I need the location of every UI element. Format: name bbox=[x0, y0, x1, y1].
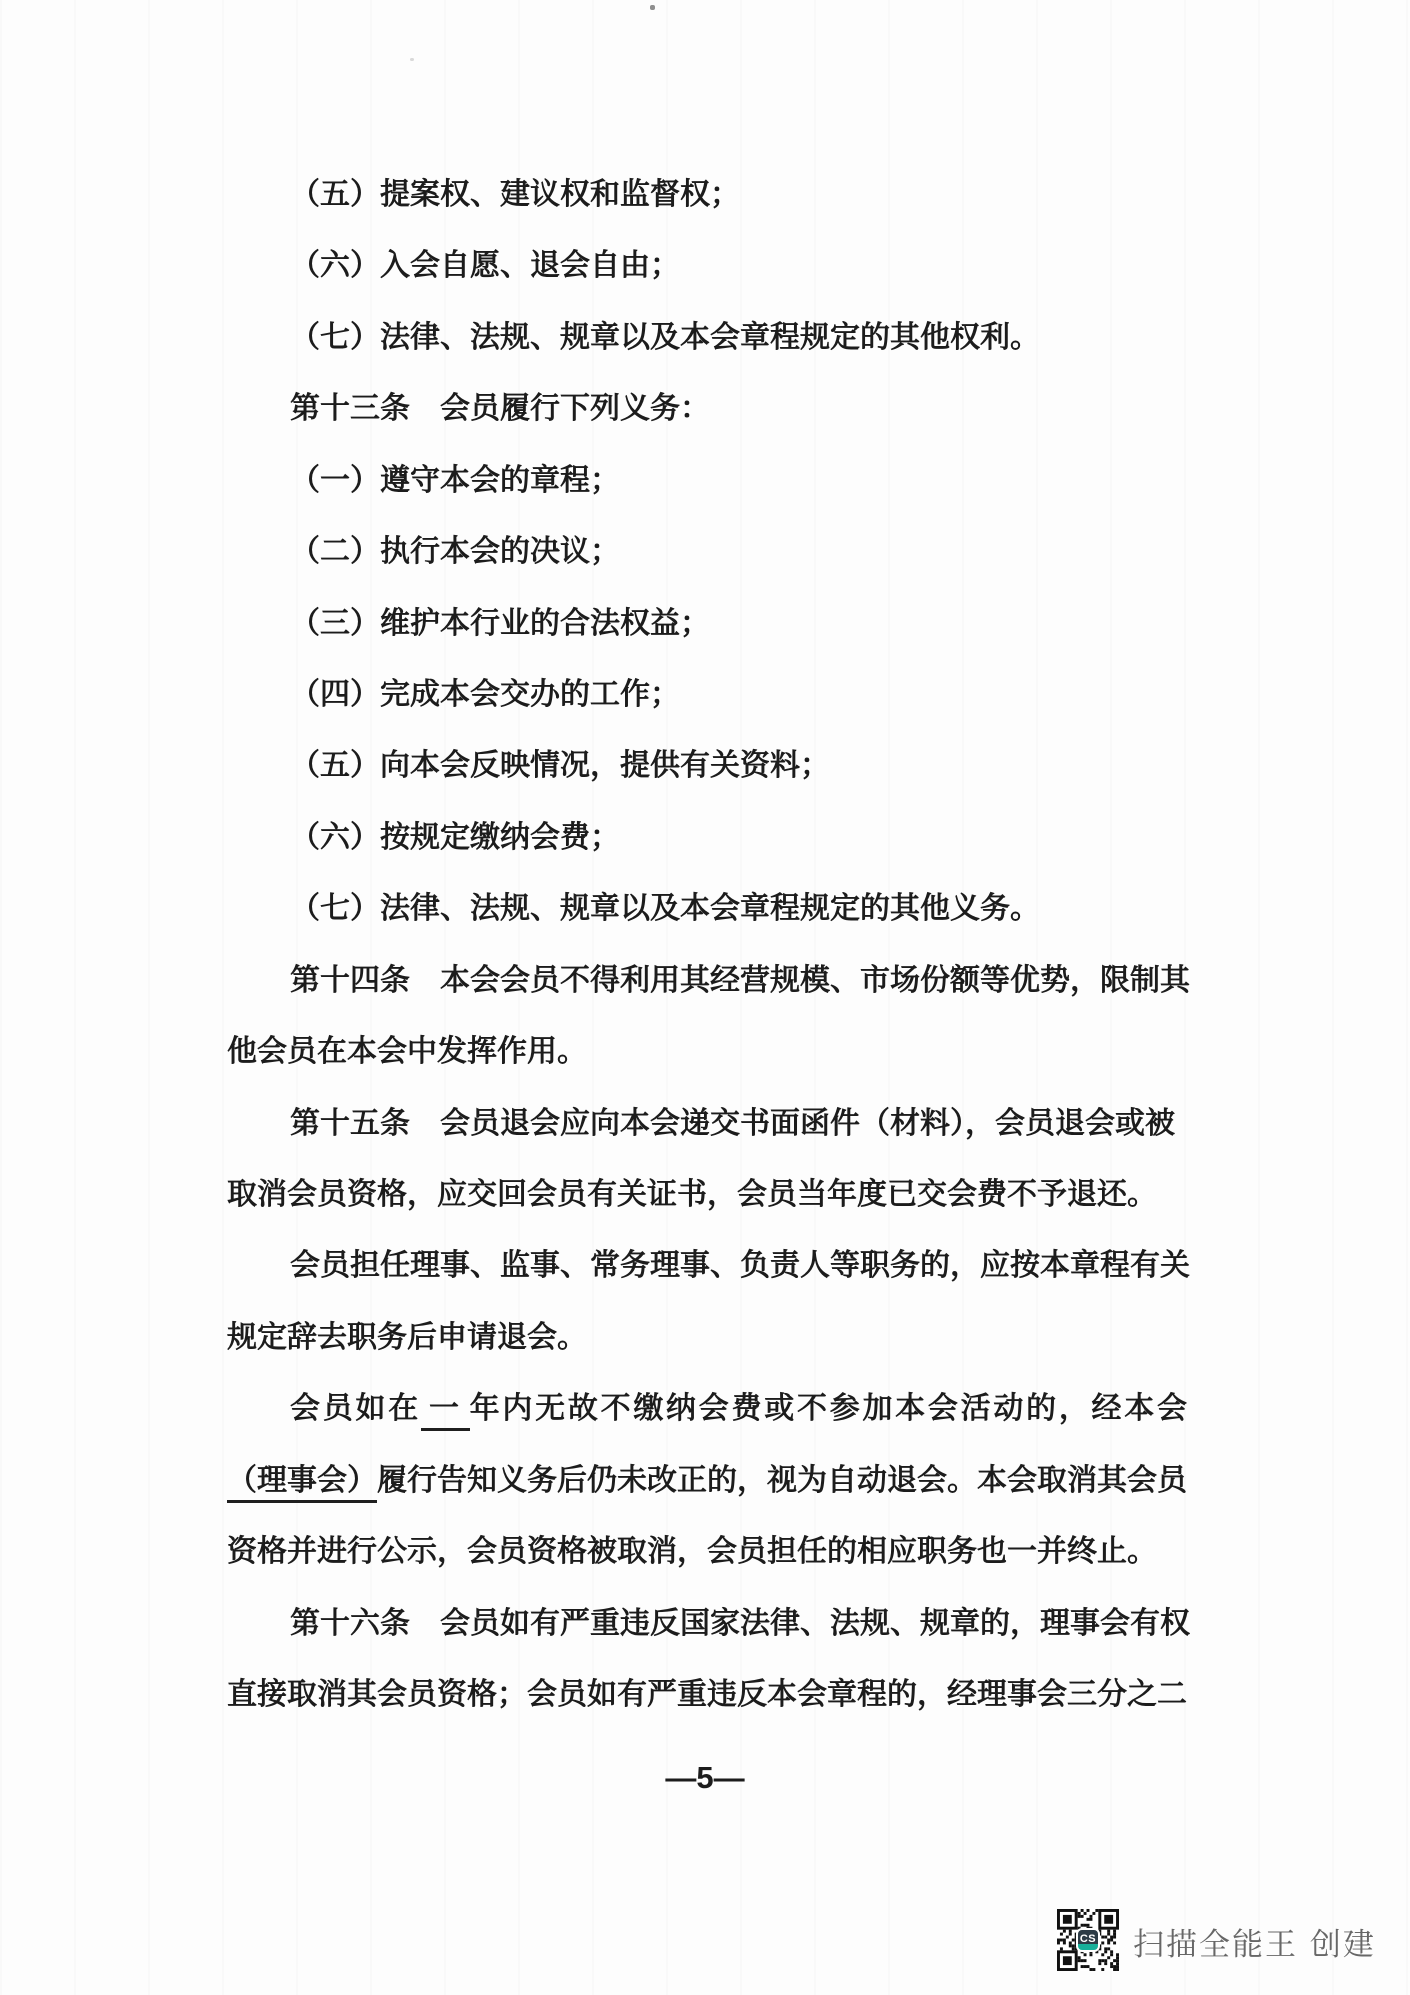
text-line: （三）维护本行业的合法权益； bbox=[290, 588, 710, 660]
text-line: 直接取消其会员资格；会员如有严重违反本会章程的，经理事会三分之二 bbox=[227, 1659, 1187, 1731]
text-line: 第十六条 会员如有严重违反国家法律、法规、规章的，理事会有权 bbox=[290, 1588, 1190, 1660]
text-segment: （七）法律、法规、规章以及本会章程规定的其他权利。 bbox=[290, 321, 1040, 354]
text-line: （七）法律、法规、规章以及本会章程规定的其他权利。 bbox=[290, 302, 1040, 374]
text-line: 规定辞去职务后申请退会。 bbox=[227, 1302, 587, 1374]
text-segment: （三）维护本行业的合法权益； bbox=[290, 607, 710, 640]
text-segment: 履行告知义务后仍未改正的，视为自动退会。本会取消其会员 bbox=[377, 1464, 1187, 1497]
qr-cs-badge: CS bbox=[1076, 1928, 1100, 1952]
underlined-blank: 一 bbox=[421, 1392, 470, 1431]
text-line: （二）执行本会的决议； bbox=[290, 516, 620, 588]
text-line: （理事会）履行告知义务后仍未改正的，视为自动退会。本会取消其会员 bbox=[227, 1445, 1187, 1517]
text-line: 第十三条 会员履行下列义务： bbox=[290, 373, 710, 445]
qr-cs-badge-label: CS bbox=[1080, 1933, 1096, 1945]
page-number: —5— bbox=[0, 1742, 1410, 1814]
text-line: （五）提案权、建议权和监督权； bbox=[290, 159, 740, 231]
text-line: （六）按规定缴纳会费； bbox=[290, 802, 620, 874]
text-segment: 取消会员资格，应交回会员有关证书，会员当年度已交会费不予退还。 bbox=[227, 1178, 1157, 1211]
text-line: （五）向本会反映情况，提供有关资料； bbox=[290, 730, 830, 802]
text-line: 第十五条 会员退会应向本会递交书面函件（材料），会员退会或被 bbox=[290, 1088, 1175, 1160]
camscanner-qr-code: CS bbox=[1057, 1909, 1119, 1971]
scan-speck bbox=[650, 5, 655, 10]
text-segment: （一）遵守本会的章程； bbox=[290, 464, 620, 497]
text-line: 会员担任理事、监事、常务理事、负责人等职务的，应按本章程有关 bbox=[290, 1230, 1190, 1302]
text-segment: 会员担任理事、监事、常务理事、负责人等职务的，应按本章程有关 bbox=[290, 1249, 1190, 1282]
text-line: 资格并进行公示，会员资格被取消，会员担任的相应职务也一并终止。 bbox=[227, 1516, 1157, 1588]
text-line: （一）遵守本会的章程； bbox=[290, 445, 620, 517]
text-segment: 他会员在本会中发挥作用。 bbox=[227, 1035, 587, 1068]
text-line: 会员如在一年内无故不缴纳会费或不参加本会活动的，经本会 bbox=[290, 1373, 1187, 1445]
camscanner-watermark: CS 扫描全能王 创建 bbox=[1055, 1905, 1385, 1975]
text-segment: （六）入会自愿、退会自由； bbox=[290, 249, 680, 282]
text-line: 第十四条 本会会员不得利用其经营规模、市场份额等优势，限制其 bbox=[290, 945, 1190, 1017]
text-segment: （四）完成本会交办的工作； bbox=[290, 678, 680, 711]
text-segment: 资格并进行公示，会员资格被取消，会员担任的相应职务也一并终止。 bbox=[227, 1535, 1157, 1568]
text-segment: 第十四条 本会会员不得利用其经营规模、市场份额等优势，限制其 bbox=[290, 964, 1190, 997]
text-block: （五）提案权、建议权和监督权；（六）入会自愿、退会自由；（七）法律、法规、规章以… bbox=[0, 0, 1410, 1995]
text-segment: （五）提案权、建议权和监督权； bbox=[290, 178, 740, 211]
text-segment: （五）向本会反映情况，提供有关资料； bbox=[290, 749, 830, 782]
text-segment: 第十六条 会员如有严重违反国家法律、法规、规章的，理事会有权 bbox=[290, 1607, 1190, 1640]
text-line: （四）完成本会交办的工作； bbox=[290, 659, 680, 731]
camscanner-watermark-label: 扫描全能王 创建 bbox=[1133, 1919, 1376, 1964]
text-segment: （六）按规定缴纳会费； bbox=[290, 821, 620, 854]
text-line: 取消会员资格，应交回会员有关证书，会员当年度已交会费不予退还。 bbox=[227, 1159, 1157, 1231]
text-segment: 会员如在 bbox=[290, 1392, 421, 1425]
text-segment: 第十三条 会员履行下列义务： bbox=[290, 392, 710, 425]
underlined-blank: （理事会） bbox=[227, 1464, 377, 1503]
text-segment: 直接取消其会员资格；会员如有严重违反本会章程的，经理事会三分之二 bbox=[227, 1678, 1187, 1711]
text-line: 他会员在本会中发挥作用。 bbox=[227, 1016, 587, 1088]
text-line: （七）法律、法规、规章以及本会章程规定的其他义务。 bbox=[290, 873, 1040, 945]
text-segment: 规定辞去职务后申请退会。 bbox=[227, 1321, 587, 1354]
text-segment: （二）执行本会的决议； bbox=[290, 535, 620, 568]
text-line: （六）入会自愿、退会自由； bbox=[290, 230, 680, 302]
text-segment: 年内无故不缴纳会费或不参加本会活动的，经本会 bbox=[470, 1392, 1187, 1425]
text-segment: （七）法律、法规、规章以及本会章程规定的其他义务。 bbox=[290, 892, 1040, 925]
text-segment: 第十五条 会员退会应向本会递交书面函件（材料），会员退会或被 bbox=[290, 1107, 1175, 1140]
scanned-document-page: （五）提案权、建议权和监督权；（六）入会自愿、退会自由；（七）法律、法规、规章以… bbox=[0, 0, 1410, 1995]
scan-speck bbox=[410, 58, 414, 61]
